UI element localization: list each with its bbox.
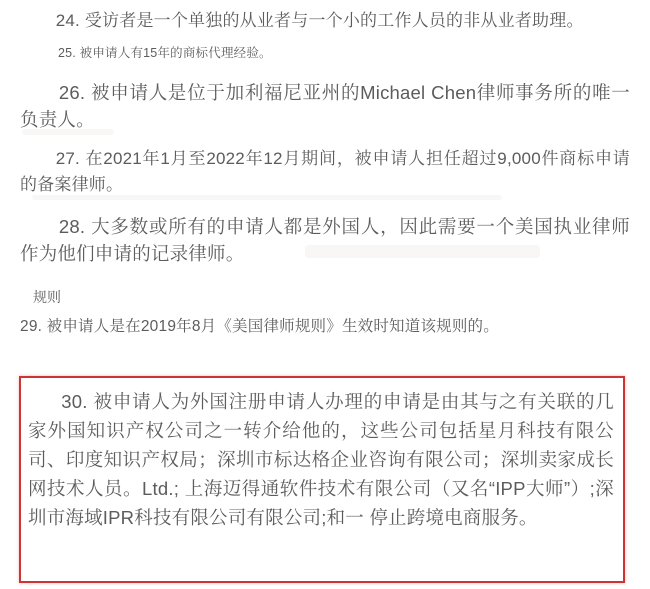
translation-artifact-bar — [305, 245, 540, 258]
paragraph-30-highlighted: 30. 被申请人为外国注册申请人办理的申请是由其与之有关联的几家外国知识产权公司… — [28, 387, 614, 532]
paragraph-24: 24. 受访者是一个单独的从业者与一个小的工作人员的非从业者助理。 — [20, 8, 630, 34]
rules-section-heading: 规则 — [33, 287, 630, 307]
highlight-box: 30. 被申请人为外国注册申请人办理的申请是由其与之有关联的几家外国知识产权公司… — [19, 376, 625, 583]
paragraph-28: 28. 大多数或所有的申请人都是外国人，因此需要一个美国执业律师作为他们申请的记… — [20, 214, 630, 267]
paragraph-27: 27. 在2021年1月至2022年12月期间，被申请人担任超过9,000件商标… — [20, 146, 630, 198]
translation-artifact-bar — [32, 195, 502, 200]
translation-artifact-bar — [22, 129, 114, 135]
paragraph-29: 29. 被申请人是在2019年8月《美国律师规则》生效时知道该规则的。 — [20, 316, 630, 338]
document-page: 24. 受访者是一个单独的从业者与一个小的工作人员的非从业者助理。 25. 被申… — [0, 0, 650, 589]
paragraph-25: 25. 被申请人有15年的商标代理经验。 — [58, 44, 630, 62]
paragraph-26: 26. 被申请人是位于加利福尼亚州的Michael Chen律师事务所的唯一负责… — [20, 80, 630, 133]
